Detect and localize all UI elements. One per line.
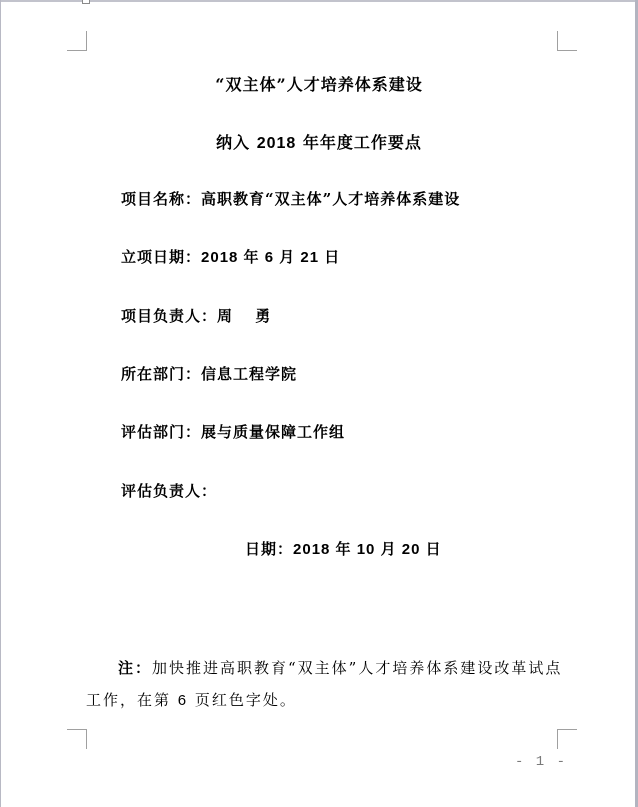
field-value-rest: 年 6 月 21 日 bbox=[238, 249, 340, 266]
signature-date-line: 日期：2018 年 10 月 20 日 bbox=[245, 538, 442, 559]
window-top-border bbox=[0, 0, 638, 2]
field-approval-date: 立项日期：2018 年 6 月 21 日 bbox=[121, 246, 340, 267]
field-project-leader: 项目负责人：周 勇 bbox=[121, 305, 271, 326]
field-value: 周 勇 bbox=[217, 307, 271, 325]
margin-corner-mark-bottom-left bbox=[67, 729, 87, 749]
field-value: 展与质量保障工作组 bbox=[201, 423, 345, 441]
field-value-year: 2018 bbox=[201, 249, 238, 266]
title-line-2-year: 2018 bbox=[257, 135, 297, 152]
margin-corner-mark-top-right bbox=[557, 31, 577, 51]
date-label: 日期： bbox=[245, 540, 293, 558]
field-evaluation-department: 评估部门：展与质量保障工作组 bbox=[121, 421, 345, 442]
field-value: 信息工程学院 bbox=[201, 365, 297, 383]
title-line-2-prefix: 纳入 bbox=[216, 133, 257, 152]
date-value: 2018 年 10 月 20 日 bbox=[293, 541, 442, 558]
field-label: 所在部门： bbox=[121, 365, 201, 383]
margin-corner-mark-top-left bbox=[67, 31, 87, 51]
field-value: 高职教育“双主体”人才培养体系建设 bbox=[201, 190, 460, 208]
page-number: - 1 - bbox=[515, 754, 567, 770]
ruler-indent-handle[interactable] bbox=[82, 0, 90, 4]
field-label: 评估部门： bbox=[121, 423, 201, 441]
margin-corner-mark-bottom-right bbox=[557, 729, 577, 749]
window-left-border bbox=[0, 0, 1, 807]
title-line-2-suffix: 年年度工作要点 bbox=[296, 133, 422, 152]
note-paragraph: 注：加快推进高职教育“双主体”人才培养体系建设改革试点工作，在第 6 页红色字处… bbox=[86, 652, 566, 717]
document-title-line-2: 纳入 2018 年年度工作要点 bbox=[0, 130, 638, 153]
field-evaluation-leader: 评估负责人： bbox=[121, 480, 217, 501]
field-label: 立项日期： bbox=[121, 248, 201, 266]
field-label: 项目负责人： bbox=[121, 307, 217, 325]
field-label: 项目名称： bbox=[121, 190, 201, 208]
note-text-part2: 页红色字处。 bbox=[188, 691, 297, 709]
field-department: 所在部门：信息工程学院 bbox=[121, 363, 297, 384]
document-title-line-1: “双主体”人才培养体系建设 bbox=[0, 72, 638, 95]
field-label: 评估负责人： bbox=[121, 482, 217, 500]
note-text-part1: 加快推进高职教育“双主体”人才培养体系建设改革试点工作，在第 bbox=[86, 659, 562, 709]
note-page-ref: 6 bbox=[178, 692, 188, 709]
note-label: 注： bbox=[118, 659, 152, 677]
field-project-name: 项目名称：高职教育“双主体”人才培养体系建设 bbox=[121, 188, 460, 209]
